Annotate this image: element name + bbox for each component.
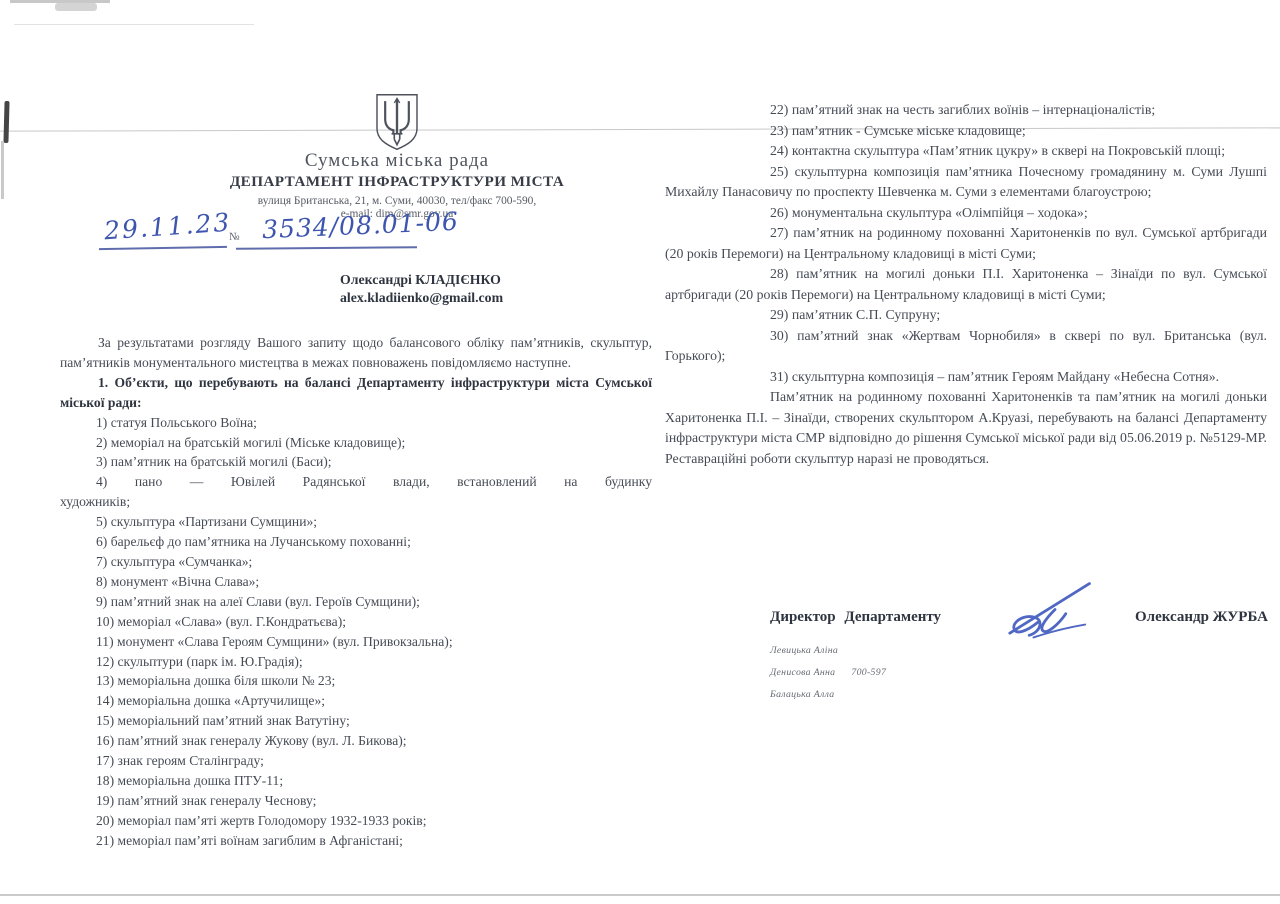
list-item: 21) меморіал пам’яті воїнам загиблим в А… — [60, 831, 652, 851]
list-item: 17) знак героям Сталінграду; — [60, 751, 652, 771]
dept-name: ДЕПАРТАМЕНТ ІНФРАСТРУКТУРИ МІСТА — [97, 172, 697, 192]
list-item: 9) пам’ятний знак на алеї Слави (вул. Ге… — [60, 592, 652, 612]
list-item: 19) пам’ятний знак генералу Чеснову; — [60, 791, 652, 811]
recipient-block: Олександрі КЛАДІЄНКО alex.kladiienko@gma… — [340, 271, 503, 306]
list-item-4-line2: художників; — [60, 492, 652, 512]
intro-paragraph: За результатами розгляду Вашого запиту щ… — [60, 333, 652, 373]
list-item: 29) пам’ятник С.П. Супруну; — [665, 305, 1267, 326]
list-item: 3) пам’ятник на братській могилі (Баси); — [60, 452, 652, 472]
list-item: 2) меморіал на братській могилі (Міське … — [60, 433, 652, 453]
list-item: 6) барельєф до пам’ятника на Лучанському… — [60, 532, 652, 552]
recipient-email: alex.kladiienko@gmail.com — [340, 289, 503, 307]
list-item: 27) пам’ятник на родинному похованні Хар… — [665, 223, 1267, 264]
executor-list: Левицька Аліна Денисова Анна700-597 Бала… — [770, 640, 886, 706]
monument-list-items-1-3: 1) статуя Польського Воїна;2) меморіал н… — [60, 413, 652, 473]
closing-paragraph: Пам’ятник на родинному похованні Харитон… — [665, 387, 1267, 469]
executor-name: Балацька Алла — [770, 689, 834, 700]
signatory-name: Олександр ЖУРБА — [1130, 609, 1268, 626]
monument-list-items-5-21: 5) скульптура «Партизани Сумщини»;6) бар… — [60, 512, 652, 850]
letter-body-left: За результатами розгляду Вашого запиту щ… — [60, 333, 652, 851]
list-item: 28) пам’ятник на могилі доньки П.І. Хари… — [665, 264, 1267, 305]
section-heading: 1. Об’єкти, що перебувають на балансі Де… — [60, 373, 652, 413]
executor-phone: 700-597 — [851, 667, 886, 678]
scan-artifact-bottom-line — [0, 894, 1280, 896]
scan-artifact-faint-line — [14, 24, 254, 25]
list-item: 31) скульптурна композиція – пам’ятник Г… — [665, 367, 1267, 388]
list-item: 1) статуя Польського Воїна; — [60, 413, 652, 433]
executor-name: Денисова Анна — [770, 667, 835, 678]
executor-name: Левицька Аліна — [770, 645, 838, 656]
list-item: 5) скульптура «Партизани Сумщини»; — [60, 512, 652, 532]
scanned-letter: Сумська міська рада ДЕПАРТАМЕНТ ІНФРАСТР… — [0, 0, 1280, 904]
list-item: 18) меморіальна дошка ПТУ-11; — [60, 771, 652, 791]
signature-scribble-icon — [1000, 575, 1110, 645]
list-item: 11) монумент «Слава Героям Сумщини» (вул… — [60, 632, 652, 652]
list-item: 20) меморіал пам’яті жертв Голодомору 19… — [60, 811, 652, 831]
executor-line: Левицька Аліна — [770, 640, 886, 662]
doc-number-label: № — [229, 231, 240, 243]
list-item: 14) меморіальна дошка «Артучилище»; — [60, 691, 652, 711]
list-item: 26) монументальна скульптура «Олімпійця … — [665, 203, 1267, 224]
list-item: 7) скульптура «Сумчанка»; — [60, 552, 652, 572]
number-underline — [236, 246, 417, 250]
recipient-name: Олександрі КЛАДІЄНКО — [340, 271, 503, 289]
scan-artifact-left-mark — [3, 101, 9, 143]
monument-list-items-22-31: 22) пам’ятний знак на честь загиблих вої… — [665, 100, 1267, 387]
ukraine-tryzub-icon — [369, 92, 425, 152]
executors-block: Левицька Аліна Денисова Анна700-597 Бала… — [770, 640, 886, 706]
date-underline — [99, 246, 227, 250]
list-item: 24) контактна скульптура «Пам’ятник цукр… — [665, 141, 1267, 162]
list-item: 30) пам’ятний знак «Жертвам Чорнобиля» в… — [665, 326, 1267, 367]
list-item: 15) меморіальний пам’ятний знак Ватутіну… — [60, 711, 652, 731]
list-item: 16) пам’ятний знак генералу Жукову (вул.… — [60, 731, 652, 751]
signatory-title: Директор Департаменту — [770, 609, 941, 626]
org-address: вулиця Британська, 21, м. Суми, 40030, т… — [97, 194, 697, 208]
list-item: 10) меморіал «Слава» (вул. Г.Кондратьєва… — [60, 612, 652, 632]
list-item: 8) монумент «Вічна Слава»; — [60, 572, 652, 592]
executor-line: Денисова Анна700-597 — [770, 662, 886, 684]
scan-artifact-left-line — [1, 141, 4, 199]
scan-artifact-smudge — [55, 3, 97, 11]
list-item: 12) скульптури (парк ім. Ю.Градія); — [60, 652, 652, 672]
scan-artifact-top-edge — [10, 0, 110, 3]
list-item-4-line1: 4) пано — Ювілей Радянської влади, встан… — [60, 472, 652, 492]
letter-body-right: 22) пам’ятний знак на честь загиблих вої… — [665, 100, 1267, 469]
executor-line: Балацька Алла — [770, 684, 886, 706]
list-item: 25) скульптурна композиція пам’ятника По… — [665, 162, 1267, 203]
list-item: 23) пам’ятник - Сумське міське кладовище… — [665, 121, 1267, 142]
list-item: 22) пам’ятний знак на честь загиблих вої… — [665, 100, 1267, 121]
list-item: 13) меморіальна дошка біля школи № 23; — [60, 671, 652, 691]
org-name: Сумська міська рада — [97, 150, 697, 172]
